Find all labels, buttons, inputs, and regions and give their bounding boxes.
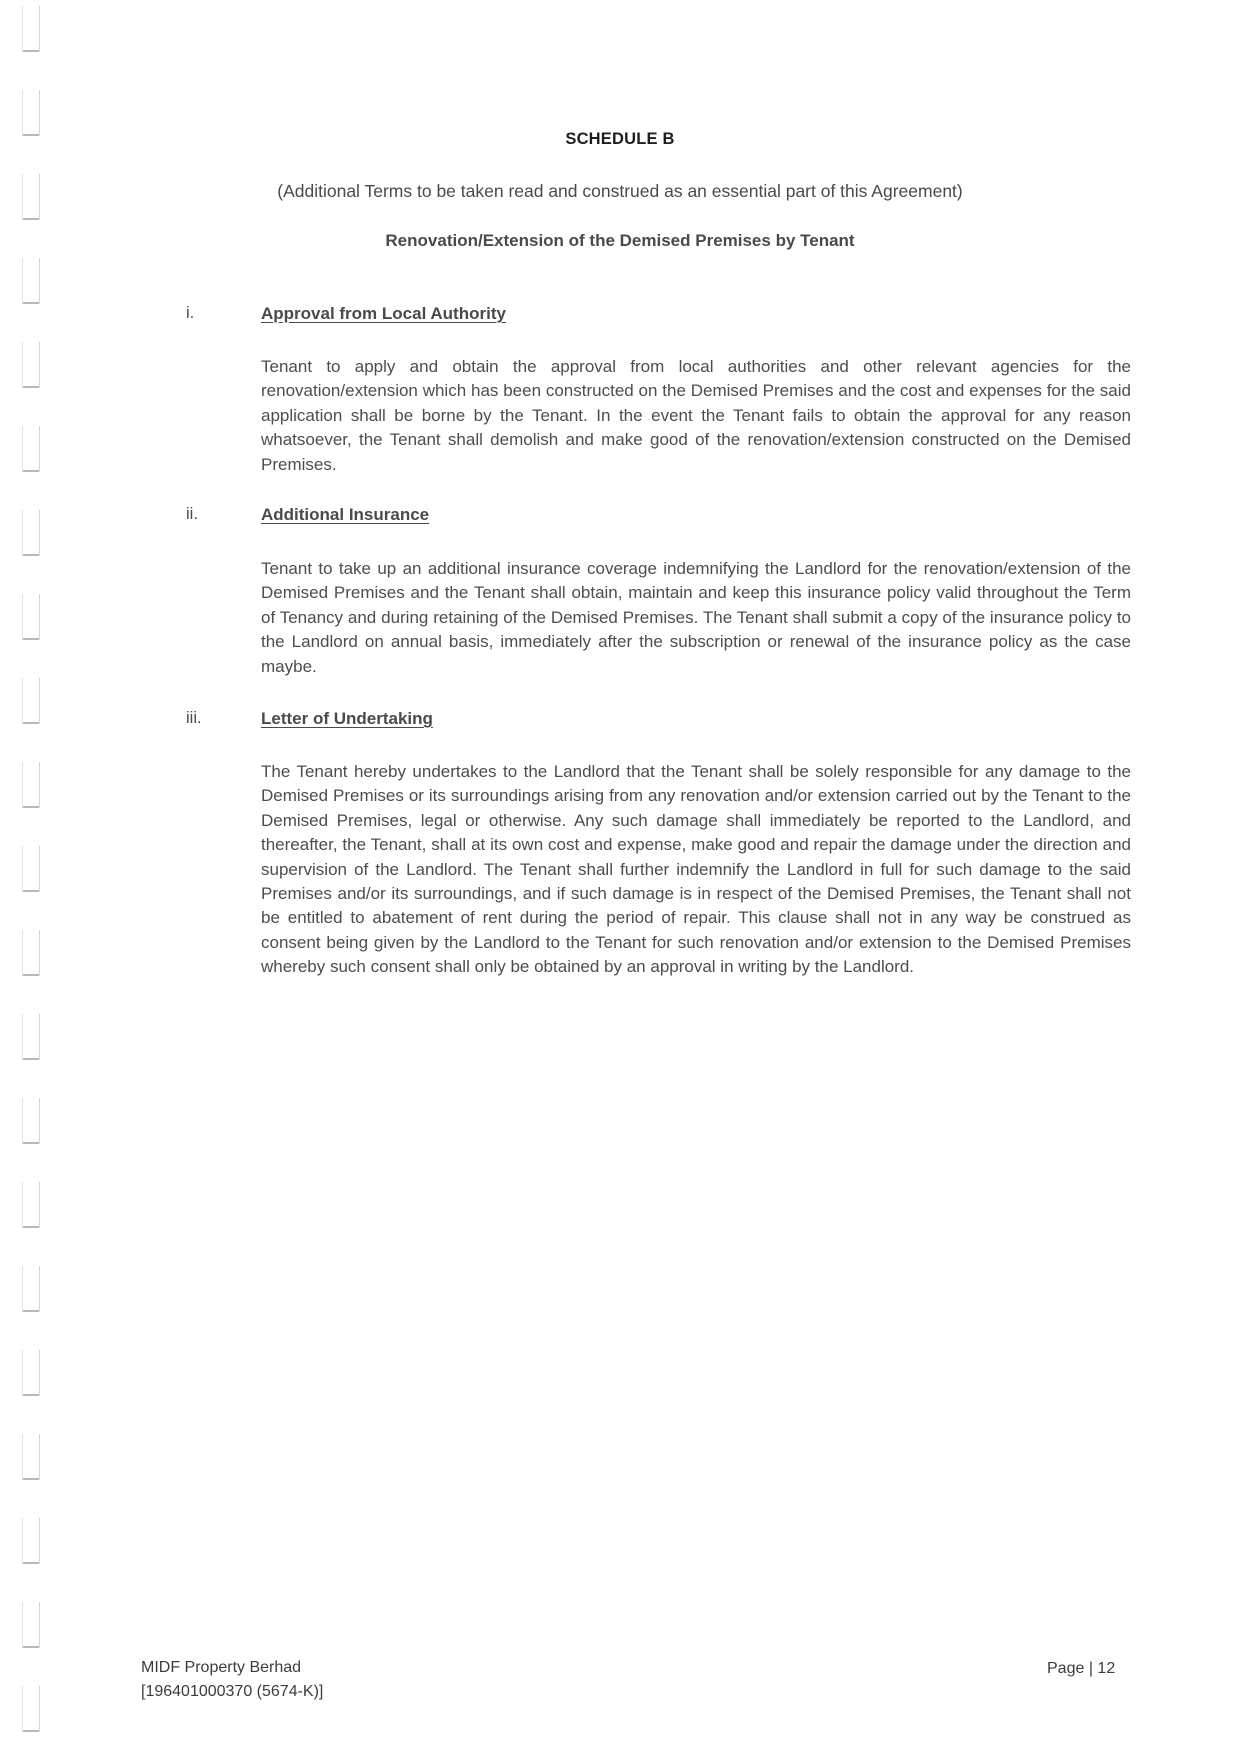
binding-hole: [22, 1014, 40, 1060]
footer-company-name: MIDF Property Berhad: [141, 1656, 323, 1680]
binding-holes: [22, 0, 46, 1753]
footer-registration-number: [196401000370 (5674-K)]: [141, 1680, 323, 1704]
binding-hole: [22, 1350, 40, 1396]
binding-hole: [22, 1686, 40, 1732]
schedule-title: SCHEDULE B: [0, 130, 1240, 149]
binding-hole: [22, 1098, 40, 1144]
clause-number: iii.: [186, 709, 202, 728]
binding-hole: [22, 342, 40, 388]
clause-title: Approval from Local Authority: [261, 304, 506, 324]
clause-title: Letter of Undertaking: [261, 709, 433, 729]
binding-hole: [22, 510, 40, 556]
clause-body: The Tenant hereby undertakes to the Land…: [261, 760, 1131, 980]
binding-hole: [22, 1518, 40, 1564]
clause-body: Tenant to apply and obtain the approval …: [261, 355, 1131, 477]
binding-hole: [22, 426, 40, 472]
schedule-subtitle: (Additional Terms to be taken read and c…: [0, 181, 1240, 202]
page-number: Page | 12: [1047, 1660, 1115, 1678]
clause-number: ii.: [186, 505, 198, 524]
binding-hole: [22, 6, 40, 52]
binding-hole: [22, 846, 40, 892]
binding-hole: [22, 762, 40, 808]
section-heading: Renovation/Extension of the Demised Prem…: [0, 231, 1240, 251]
binding-hole: [22, 1602, 40, 1648]
binding-hole: [22, 930, 40, 976]
clause-number: i.: [186, 304, 194, 323]
binding-hole: [22, 678, 40, 724]
binding-hole: [22, 594, 40, 640]
binding-hole: [22, 1182, 40, 1228]
clause-body: Tenant to take up an additional insuranc…: [261, 557, 1131, 679]
binding-hole: [22, 258, 40, 304]
binding-hole: [22, 1266, 40, 1312]
binding-hole: [22, 1434, 40, 1480]
clause-title: Additional Insurance: [261, 505, 429, 525]
footer-company-block: MIDF Property Berhad [196401000370 (5674…: [141, 1656, 323, 1704]
